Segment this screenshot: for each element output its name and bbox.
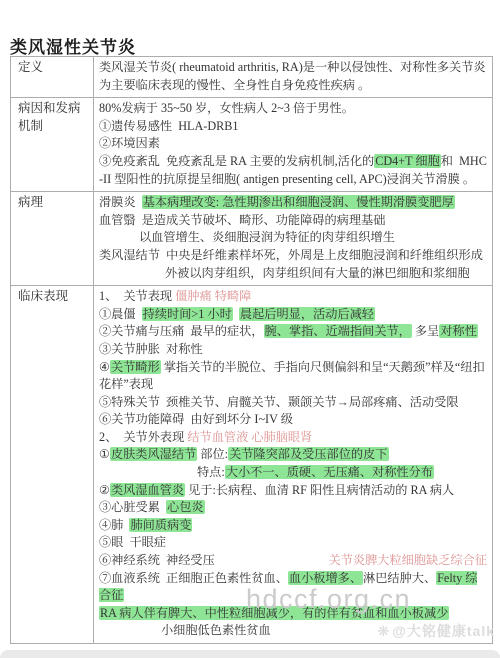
text-segment: 滑膜炎 — [99, 195, 142, 209]
highlighted-text: 血小板增多、 — [288, 571, 363, 585]
text-line: ②环境因素 — [99, 135, 487, 153]
text-line: ⑤特殊关节 颈椎关节、肩髋关节、颞颌关节→局部疼痛、活动受限 — [99, 394, 487, 412]
text-line: ⑥关节功能障碍 由好到坏分 I~IV 级 — [99, 411, 487, 429]
row-content: 滑膜炎 基本病理改变: 急性期渗出和细胞浸润、慢性期滑膜变肥厚血管翳 是造成关节… — [94, 192, 493, 286]
text-segment: ④ — [99, 360, 110, 374]
text-segment: 80%发病于 35~50 岁，女性病人 2~3 倍于男性。 — [99, 101, 354, 115]
text-segment — [233, 307, 239, 321]
text-segment: 小细胞低色素性贫血 — [161, 623, 271, 637]
site-watermark: hdccf.org.cn — [246, 584, 411, 615]
text-segment: ①晨僵 — [99, 307, 142, 321]
highlighted-text: 持续时间>1 小时 — [142, 307, 233, 321]
table-row: 病因和发病机制80%发病于 35~50 岁，女性病人 2~3 倍于男性。①遗传易… — [11, 98, 493, 192]
text-line: ③心脏受累 心包炎 — [99, 499, 487, 517]
text-segment: ⑤眼 干眼症 — [99, 535, 166, 549]
text-line: 类风湿结节 中央是纤维素样坏死，外周是上皮细胞浸润和纤维组织形成 — [99, 247, 487, 265]
snowflake-logo-icon: ❋ — [377, 623, 390, 640]
text-segment: ⑦血液系统 正细胞正色素性贫血、 — [99, 571, 288, 585]
table-row: 病理滑膜炎 基本病理改变: 急性期渗出和细胞浸润、慢性期滑膜变肥厚血管翳 是造成… — [11, 192, 493, 286]
text-line: 特点:大小不一、质硬、无压痛、对称性分布 — [99, 464, 487, 482]
text-line: 外被以肉芽组织，肉芽组织间有大量的淋巴细胞和浆细胞 — [99, 265, 487, 283]
credit-watermark: ❋ @大铭健康talk — [377, 621, 495, 641]
text-segment: 淋巴结肿大、 — [363, 571, 436, 585]
text-line: 1、 关节表现 僵肿痛 特畸障 — [99, 288, 487, 306]
text-line: 以血管增生、炎细胞浸润为特征的肉芽组织增生 — [99, 229, 487, 247]
text-segment: 类风湿结节 中央是纤维素样坏死，外周是上皮细胞浸润和纤维组织形成 — [99, 248, 483, 262]
mnemonic-red-text: 结节血管液 心肺脑眼肾 — [187, 430, 312, 444]
text-segment: ①遗传易感性 HLA-DRB1 — [99, 119, 238, 133]
text-segment: ③关节肿胀 对称性 — [99, 342, 203, 356]
text-segment: ③免疫紊乱 免疫紊乱是 RA 主要的发病机制,活化的 — [99, 154, 374, 168]
text-line: ④关节畸形 掌指关节的半脱位、手指向尺侧偏斜和呈“天鹅颈”样及“纽扣花样”表现 — [99, 359, 487, 394]
text-segment: 部位: — [197, 447, 228, 461]
text-segment: 外被以肉芽组织，肉芽组织间有大量的淋巴细胞和浆细胞 — [165, 266, 470, 280]
highlighted-text: 心包炎 — [166, 500, 205, 514]
highlighted-text: 大小不一、质硬、无压痛、对称性分布 — [225, 465, 434, 479]
text-segment: ⑥神经系统 神经受压 — [99, 553, 215, 567]
text-segment: ②环境因素 — [99, 136, 160, 150]
text-segment: 见于:长病程、血清 RF 阳性且病情活动的 RA 病人 — [185, 483, 454, 497]
highlighted-text: 类风湿血管炎 — [110, 483, 185, 497]
text-line: ③免疫紊乱 免疫紊乱是 RA 主要的发病机制,活化的CD4+T 细胞和 MHC-… — [99, 153, 487, 188]
text-line: ①皮肤类风湿结节 部位:关节隆突部及受压部位的皮下 — [99, 446, 487, 464]
highlighted-text: CD4+T 细胞 — [374, 154, 441, 168]
text-segment: ⑤特殊关节 颈椎关节、肩髋关节、颞颌关节→局部疼痛、活动受限 — [99, 395, 459, 409]
highlighted-text: 皮肤类风湿结节 — [110, 447, 197, 461]
credit-text: @大铭健康talk — [392, 621, 495, 641]
highlighted-text: 晨起后明显，活动后减轻 — [239, 307, 375, 321]
highlighted-text: 肺间质病变 — [129, 518, 192, 532]
mnemonic-red-text: 关节炎脾大粒细胞缺乏综合征 — [329, 552, 487, 570]
row-content: 80%发病于 35~50 岁，女性病人 2~3 倍于男性。①遗传易感性 HLA-… — [94, 98, 493, 192]
next-card-edge — [0, 650, 500, 658]
text-segment: ③心脏受累 — [99, 500, 166, 514]
text-line: ⑤眼 干眼症 — [99, 534, 487, 552]
table-row: 定义类风湿关节炎( rheumatoid arthritis, RA)是一种以侵… — [11, 57, 493, 98]
text-line: ①晨僵 持续时间>1 小时 晨起后明显，活动后减轻 — [99, 306, 487, 324]
text-line: ③关节肿胀 对称性 — [99, 341, 487, 359]
text-line: ④肺 肺间质病变 — [99, 517, 487, 535]
text-line: 类风湿关节炎( rheumatoid arthritis, RA)是一种以侵蚀性… — [99, 59, 487, 94]
row-label: 病因和发病机制 — [11, 98, 94, 192]
text-segment: 血管翳 是造成关节破坏、畸形、功能障碍的病理基础 — [99, 213, 385, 227]
highlighted-text: 关节隆突部及受压部位的皮下 — [228, 447, 388, 461]
text-line: ⑥神经系统 神经受压关节炎脾大粒细胞缺乏综合征 — [99, 552, 487, 570]
text-line: ②关节痛与压痛 最早的症状，腕、掌指、近端指间关节， 多呈对称性 — [99, 323, 487, 341]
text-line: 滑膜炎 基本病理改变: 急性期渗出和细胞浸润、慢性期滑膜变肥厚 — [99, 194, 487, 212]
text-segment: 特点: — [197, 465, 225, 479]
text-segment: ④肺 — [99, 518, 129, 532]
text-line: 2、 关节外表现 结节血管液 心肺脑眼肾 — [99, 429, 487, 447]
text-segment: ⑥关节功能障碍 由好到坏分 I~IV 级 — [99, 412, 293, 426]
row-label: 定义 — [11, 57, 94, 98]
row-content: 类风湿关节炎( rheumatoid arthritis, RA)是一种以侵蚀性… — [94, 57, 493, 98]
study-notes-page: 类风湿性关节炎 定义类风湿关节炎( rheumatoid arthritis, … — [0, 0, 500, 658]
page-title: 类风湿性关节炎 — [10, 33, 136, 58]
text-segment: 1、 关节表现 — [99, 289, 175, 303]
text-segment: 多呈 — [412, 324, 439, 338]
notes-table: 定义类风湿关节炎( rheumatoid arthritis, RA)是一种以侵… — [10, 56, 493, 644]
highlighted-text: 腕、掌指、近端指间关节， — [264, 324, 412, 338]
text-segment: ②关节痛与压痛 最早的症状， — [99, 324, 264, 338]
text-line: ①遗传易感性 HLA-DRB1 — [99, 118, 487, 136]
text-segment: 2、 关节外表现 — [99, 430, 187, 444]
highlighted-text: 关节畸形 — [110, 360, 161, 374]
mnemonic-red-text: 僵肿痛 特畸障 — [175, 289, 251, 303]
text-line: 80%发病于 35~50 岁，女性病人 2~3 倍于男性。 — [99, 100, 487, 118]
text-segment: ② — [99, 483, 110, 497]
text-segment: 类风湿关节炎( rheumatoid arthritis, RA)是一种以侵蚀性… — [99, 60, 486, 92]
text-segment: ① — [99, 447, 110, 461]
text-segment: 以血管增生、炎细胞浸润为特征的肉芽组织增生 — [139, 230, 395, 244]
highlighted-text: 基本病理改变: 急性期渗出和细胞浸润、慢性期滑膜变肥厚 — [142, 195, 455, 209]
text-line: 血管翳 是造成关节破坏、畸形、功能障碍的病理基础 — [99, 212, 487, 230]
row-label: 临床表现 — [11, 286, 94, 644]
highlighted-text: 对称性 — [439, 324, 478, 338]
text-line: ②类风湿血管炎 见于:长病程、血清 RF 阳性且病情活动的 RA 病人 — [99, 482, 487, 500]
row-label: 病理 — [11, 192, 94, 286]
